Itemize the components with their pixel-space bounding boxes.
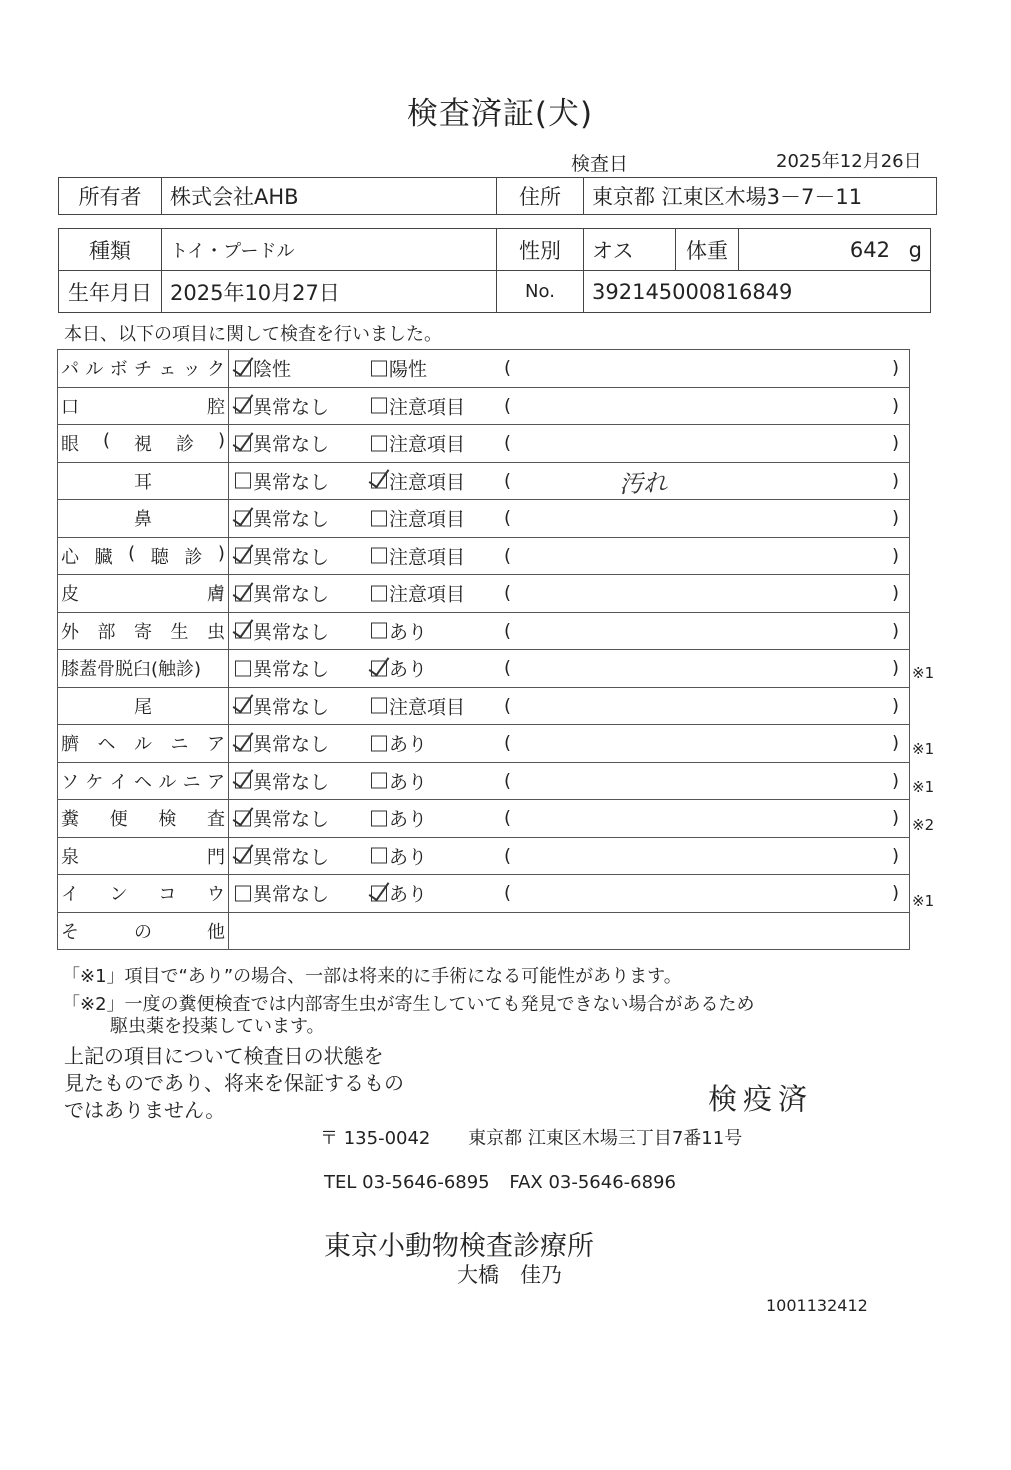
item-label-char: ェ: [158, 355, 176, 381]
option-label: 注意項目: [389, 580, 465, 607]
exam-row: 糞便検査異常なしあり(): [58, 800, 910, 838]
exam-item-label: パルボチェック: [58, 350, 229, 388]
address-label: 住所: [497, 178, 584, 215]
breed-value: トイ・プードル: [162, 229, 497, 271]
item-label-char: 虫: [207, 618, 225, 644]
option-normal[interactable]: 陰性: [235, 355, 291, 382]
paren-close: ): [892, 508, 899, 529]
item-label-char: 診: [184, 543, 202, 569]
option-label: 異常なし: [253, 467, 329, 494]
option-label: あり: [389, 655, 427, 682]
paren-open: (: [504, 658, 511, 679]
checkbox-icon[interactable]: [235, 435, 251, 451]
option-label: 異常なし: [253, 430, 329, 457]
checkbox-icon[interactable]: [371, 360, 387, 376]
exam-item-options: 異常なし注意項目(): [229, 575, 910, 613]
exam-item-label: 尾: [58, 687, 229, 725]
exam-item-options: 異常なしあり(): [229, 800, 910, 838]
option-label: 異常なし: [253, 392, 329, 419]
item-label-char: ン: [110, 880, 128, 906]
handwritten-note: 汚れ: [618, 462, 667, 499]
option-abnormal[interactable]: あり: [371, 842, 427, 869]
paren-close: ): [892, 658, 899, 679]
footnote-mark: ※2: [912, 816, 934, 834]
option-normal[interactable]: 異常なし: [235, 805, 329, 832]
item-label-char: の: [134, 918, 152, 944]
clinic-postal-address: 〒 135-0042 東京都 江東区木場三丁目7番11号: [320, 1124, 742, 1150]
option-label: あり: [389, 730, 427, 757]
option-abnormal[interactable]: あり: [371, 880, 427, 907]
paren-open: (: [504, 883, 511, 904]
option-label: あり: [389, 880, 427, 907]
option-label: 異常なし: [253, 655, 329, 682]
exam-item-options: 異常なしあり(): [229, 725, 910, 763]
paren-close: ): [892, 583, 899, 604]
checkbox-icon[interactable]: [371, 885, 387, 901]
option-normal[interactable]: 異常なし: [235, 692, 329, 719]
footnote-mark: ※1: [912, 740, 934, 758]
checkbox-icon[interactable]: [371, 473, 387, 489]
exam-item-options: 陰性陽性(): [229, 350, 910, 388]
exam-item-label: インコウ: [58, 875, 229, 913]
clinic-tel: TEL 03-5646-6895: [324, 1172, 490, 1193]
item-label-char: ア: [207, 730, 225, 756]
paren-open: (: [504, 845, 511, 866]
exam-item-label: 外部寄生虫: [58, 612, 229, 650]
item-label-char: 外: [61, 618, 79, 644]
item-label-char: ヘ: [134, 768, 152, 794]
paren-open: (: [504, 545, 511, 566]
item-label-char: 他: [207, 918, 225, 944]
exam-row: 臍ヘルニア異常なしあり(): [58, 725, 910, 763]
item-label-char: ニ: [171, 730, 189, 756]
item-label-char: 生: [171, 618, 189, 644]
paren-close: ): [892, 733, 899, 754]
item-label-char: ル: [158, 768, 176, 794]
exam-item-options: 異常なし注意項目(): [229, 500, 910, 538]
item-label-char: ル: [134, 730, 152, 756]
option-label: 異常なし: [253, 617, 329, 644]
exam-row: 膝蓋骨脱臼(触診)異常なしあり(): [58, 650, 910, 688]
footnote-1: 「※1」項目で“あり”の場合、一部は将来的に手術になる可能性があります。: [62, 962, 682, 988]
owner-value: 株式会社AHB: [162, 178, 497, 215]
paren-close: ): [892, 470, 899, 491]
item-label-char: 門: [207, 843, 225, 869]
checkbox-icon[interactable]: [235, 623, 251, 639]
item-label-char: 臍: [61, 730, 79, 756]
option-abnormal[interactable]: 注意項目: [371, 430, 465, 457]
exam-item-options: 異常なし注意項目(): [229, 537, 910, 575]
exam-item-label: 鼻: [58, 500, 229, 538]
sex-label: 性別: [497, 229, 584, 271]
item-label-char: 鼻: [134, 505, 152, 531]
item-label-char: そ: [61, 918, 79, 944]
checkbox-icon[interactable]: [371, 435, 387, 451]
item-label-char: 膚: [207, 580, 225, 606]
postal-code: 〒 135-0042: [320, 1128, 430, 1149]
address-value: 東京都 江東区木場3－7－11: [584, 178, 937, 215]
option-normal[interactable]: 異常なし: [235, 542, 329, 569]
item-label-char: 便: [110, 805, 128, 831]
checkbox-icon[interactable]: [371, 623, 387, 639]
exam-table: パルボチェック陰性陽性()口腔異常なし注意項目()眼(視診)異常なし注意項目()…: [57, 349, 910, 950]
exam-item-options: 異常なし注意項目(): [229, 687, 910, 725]
exam-row: 泉門異常なしあり(): [58, 837, 910, 875]
exam-item-options: 異常なしあり(): [229, 650, 910, 688]
animal-table: 種類 トイ・プードル 性別 オス 体重 642 g 生年月日 2025年10月2…: [58, 228, 931, 313]
exam-row-other: その他: [58, 912, 910, 950]
disclaimer: 上記の項目について検査日の状態を 見たものであり、将来を保証するもの ではありま…: [64, 1043, 404, 1124]
paren-open: (: [504, 470, 511, 491]
dob-value: 2025年10月27日: [162, 271, 497, 313]
quarantine-stamp: 検疫済: [708, 1077, 813, 1118]
option-label: 異常なし: [253, 542, 329, 569]
clinic-fax: FAX 03-5646-6896: [509, 1172, 676, 1193]
exam-row: インコウ異常なしあり(): [58, 875, 910, 913]
item-label-char: チ: [134, 355, 152, 381]
option-abnormal[interactable]: 注意項目: [371, 505, 465, 532]
checkbox-icon[interactable]: [235, 548, 251, 564]
exam-row: 眼(視診)異常なし注意項目(): [58, 425, 910, 463]
option-normal[interactable]: 異常なし: [235, 505, 329, 532]
exam-date-value: 2025年12月26日: [776, 147, 922, 173]
option-abnormal[interactable]: 注意項目: [371, 580, 465, 607]
item-label-char: 部: [98, 618, 116, 644]
option-abnormal[interactable]: あり: [371, 805, 427, 832]
checkbox-icon[interactable]: [235, 398, 251, 414]
paren-close: ): [892, 845, 899, 866]
item-label-char: 眼: [61, 430, 79, 456]
checkbox-icon[interactable]: [235, 885, 251, 901]
option-normal[interactable]: 異常なし: [235, 392, 329, 419]
checkbox-icon[interactable]: [235, 585, 251, 601]
option-abnormal[interactable]: 陽性: [371, 355, 427, 382]
checkbox-icon[interactable]: [371, 698, 387, 714]
option-label: 注意項目: [389, 392, 465, 419]
other-label: その他: [58, 912, 229, 950]
document-number: 1001132412: [766, 1296, 868, 1315]
exam-item-label: 口腔: [58, 387, 229, 425]
footnote-mark: ※1: [912, 892, 934, 910]
item-label-char: (: [103, 430, 110, 456]
exam-row: 尾異常なし注意項目(): [58, 687, 910, 725]
option-label: 異常なし: [253, 505, 329, 532]
item-label-char: ニ: [183, 768, 201, 794]
checkbox-icon[interactable]: [371, 660, 387, 676]
option-label: 異常なし: [253, 842, 329, 869]
other-notes-field[interactable]: [229, 912, 910, 950]
exam-item-label: ソケイヘルニア: [58, 762, 229, 800]
paren-open: (: [504, 695, 511, 716]
intro-text: 本日、以下の項目に関して検査を行いました。: [64, 320, 442, 346]
item-label-char: 心: [61, 543, 79, 569]
item-label-char: ヘ: [98, 730, 116, 756]
exam-item-options: 異常なしあり(): [229, 762, 910, 800]
paren-open: (: [504, 395, 511, 416]
exam-item-options: 異常なし注意項目(汚れ): [229, 462, 910, 500]
exam-row: パルボチェック陰性陽性(): [58, 350, 910, 388]
option-abnormal[interactable]: 注意項目: [371, 542, 465, 569]
clinic-name: 東京小動物検査診療所: [324, 1224, 594, 1263]
option-normal[interactable]: 異常なし: [235, 467, 329, 494]
exam-item-label: 皮膚: [58, 575, 229, 613]
paren-close: ): [892, 770, 899, 791]
checkbox-icon[interactable]: [235, 773, 251, 789]
item-label-char: 泉: [61, 843, 79, 869]
option-label: 異常なし: [253, 880, 329, 907]
option-label: 異常なし: [253, 730, 329, 757]
checkbox-icon[interactable]: [371, 773, 387, 789]
paren-open: (: [504, 808, 511, 829]
exam-row: 耳異常なし注意項目(汚れ): [58, 462, 910, 500]
option-label: あり: [389, 617, 427, 644]
item-label-char: 査: [207, 805, 225, 831]
item-label-char: ): [218, 430, 225, 456]
weight-cell: 642 g: [739, 229, 931, 271]
item-label-char: 診: [176, 430, 194, 456]
exam-item-label: 膝蓋骨脱臼(触診): [58, 650, 229, 688]
footnote-mark: ※1: [912, 664, 934, 682]
checkbox-icon[interactable]: [371, 810, 387, 826]
paren-close: ): [892, 358, 899, 379]
checkbox-icon[interactable]: [235, 510, 251, 526]
option-label: あり: [389, 805, 427, 832]
option-normal[interactable]: 異常なし: [235, 617, 329, 644]
paren-open: (: [504, 358, 511, 379]
clinic-contact: TEL 03-5646-6895 FAX 03-5646-6896: [324, 1172, 676, 1193]
checkbox-icon[interactable]: [235, 473, 251, 489]
option-label: 異常なし: [253, 805, 329, 832]
option-normal[interactable]: 異常なし: [235, 430, 329, 457]
owner-label: 所有者: [59, 178, 162, 215]
option-label: 異常なし: [253, 767, 329, 794]
option-normal[interactable]: 異常なし: [235, 730, 329, 757]
checkbox-icon[interactable]: [235, 698, 251, 714]
option-label: 注意項目: [389, 430, 465, 457]
option-label: 異常なし: [253, 580, 329, 607]
option-normal[interactable]: 異常なし: [235, 842, 329, 869]
paren-open: (: [504, 508, 511, 529]
option-abnormal[interactable]: あり: [371, 617, 427, 644]
exam-row: ソケイヘルニア異常なしあり(): [58, 762, 910, 800]
exam-date-label: 検査日: [571, 149, 628, 176]
option-label: 注意項目: [389, 692, 465, 719]
option-abnormal[interactable]: あり: [371, 655, 427, 682]
option-normal[interactable]: 異常なし: [235, 767, 329, 794]
checkbox-icon[interactable]: [371, 585, 387, 601]
option-abnormal[interactable]: 注意項目: [371, 392, 465, 419]
option-abnormal[interactable]: あり: [371, 767, 427, 794]
exam-item-label: 糞便検査: [58, 800, 229, 838]
item-label-char: 糞: [61, 805, 79, 831]
exam-item-label: 泉門: [58, 837, 229, 875]
option-label: 注意項目: [389, 505, 465, 532]
exam-item-label: 眼(視診): [58, 425, 229, 463]
option-label: 異常なし: [253, 692, 329, 719]
option-normal[interactable]: 異常なし: [235, 580, 329, 607]
option-label: 注意項目: [389, 542, 465, 569]
footnote-2-cont: 駆虫薬を投薬しています。: [110, 1012, 325, 1038]
item-label-char: ク: [207, 355, 225, 381]
paren-open: (: [504, 583, 511, 604]
item-label-char: 聴: [151, 543, 169, 569]
exam-row: 口腔異常なし注意項目(): [58, 387, 910, 425]
weight-value: 642: [850, 238, 890, 262]
footnote-mark: ※1: [912, 778, 934, 796]
option-normal[interactable]: 異常なし: [235, 655, 329, 682]
checkbox-icon[interactable]: [371, 848, 387, 864]
exam-row: 鼻異常なし注意項目(): [58, 500, 910, 538]
item-label-char: 腔: [207, 393, 225, 419]
checkbox-icon[interactable]: [235, 735, 251, 751]
disclaimer-line: ではありません。: [64, 1097, 404, 1124]
item-label-char: イ: [110, 768, 128, 794]
exam-item-options: 異常なしあり(): [229, 875, 910, 913]
paren-close: ): [892, 808, 899, 829]
item-label-char: ウ: [207, 880, 225, 906]
exam-item-options: 異常なしあり(): [229, 612, 910, 650]
dob-label: 生年月日: [59, 271, 162, 313]
paren-open: (: [504, 620, 511, 641]
paren-close: ): [892, 695, 899, 716]
option-label: あり: [389, 842, 427, 869]
checkbox-icon[interactable]: [371, 510, 387, 526]
item-label-char: ケ: [85, 768, 103, 794]
option-abnormal[interactable]: 注意項目: [371, 467, 465, 494]
item-label-char: 口: [61, 393, 79, 419]
exam-item-label: 耳: [58, 462, 229, 500]
checkbox-icon[interactable]: [371, 398, 387, 414]
exam-item-options: 異常なしあり(): [229, 837, 910, 875]
exam-row: 外部寄生虫異常なしあり(): [58, 612, 910, 650]
paren-close: ): [892, 395, 899, 416]
item-label-char: ッ: [183, 355, 201, 381]
checkbox-icon[interactable]: [371, 548, 387, 564]
exam-item-label: 臍ヘルニア: [58, 725, 229, 763]
item-label-char: 耳: [134, 468, 152, 494]
sex-value: オス: [584, 229, 676, 271]
item-label-char: パ: [61, 355, 79, 381]
option-label: 陽性: [389, 355, 427, 382]
item-label-char: イ: [61, 880, 79, 906]
paren-close: ): [892, 433, 899, 454]
exam-item-options: 異常なし注意項目(): [229, 387, 910, 425]
item-label-char: ル: [85, 355, 103, 381]
owner-table: 所有者 株式会社AHB 住所 東京都 江東区木場3－7－11: [58, 177, 937, 215]
item-label-char: ソ: [61, 768, 79, 794]
checkbox-icon[interactable]: [235, 360, 251, 376]
item-label-char: 臓: [95, 543, 113, 569]
clinic-address: 東京都 江東区木場三丁目7番11号: [468, 1128, 742, 1149]
disclaimer-line: 見たものであり、将来を保証するもの: [64, 1070, 404, 1097]
checkbox-icon[interactable]: [235, 660, 251, 676]
option-label: 陰性: [253, 355, 291, 382]
item-label-char: (: [128, 543, 135, 569]
checkbox-icon[interactable]: [235, 810, 251, 826]
vet-name: 大橋 佳乃: [457, 1259, 562, 1289]
paren-open: (: [504, 770, 511, 791]
weight-unit: g: [909, 238, 922, 262]
paren-close: ): [892, 545, 899, 566]
option-label: 注意項目: [389, 467, 465, 494]
checkbox-icon[interactable]: [371, 735, 387, 751]
paren-close: ): [892, 883, 899, 904]
item-label-char: 膝蓋骨脱臼(触診): [61, 655, 201, 681]
item-label-char: ア: [207, 768, 225, 794]
item-label-char: 寄: [134, 618, 152, 644]
exam-item-options: 異常なし注意項目(): [229, 425, 910, 463]
item-label-char: 検: [158, 805, 176, 831]
exam-row: 心臓(聴診)異常なし注意項目(): [58, 537, 910, 575]
item-label-char: 尾: [134, 693, 152, 719]
exam-row: 皮膚異常なし注意項目(): [58, 575, 910, 613]
document-title: 検査済証(犬): [0, 88, 1000, 133]
no-label: No.: [497, 271, 584, 313]
item-label-char: 皮: [61, 580, 79, 606]
paren-open: (: [504, 433, 511, 454]
breed-label: 種類: [59, 229, 162, 271]
disclaimer-line: 上記の項目について検査日の状態を: [64, 1043, 404, 1070]
item-label-char: ): [218, 543, 225, 569]
checkbox-icon[interactable]: [235, 848, 251, 864]
item-label-char: 視: [134, 430, 152, 456]
paren-open: (: [504, 733, 511, 754]
item-label-char: コ: [158, 880, 176, 906]
option-abnormal[interactable]: 注意項目: [371, 692, 465, 719]
option-normal[interactable]: 異常なし: [235, 880, 329, 907]
option-label: あり: [389, 767, 427, 794]
item-label-char: ボ: [110, 355, 128, 381]
option-abnormal[interactable]: あり: [371, 730, 427, 757]
weight-label: 体重: [676, 229, 739, 271]
paren-close: ): [892, 620, 899, 641]
no-value: 392145000816849: [584, 271, 931, 313]
exam-item-label: 心臓(聴診): [58, 537, 229, 575]
